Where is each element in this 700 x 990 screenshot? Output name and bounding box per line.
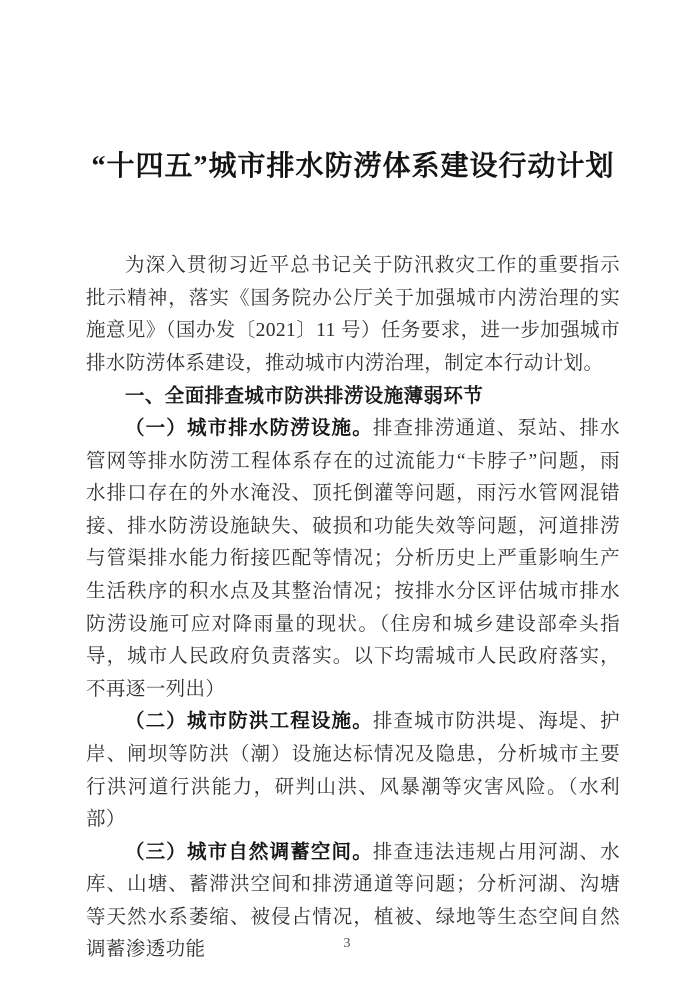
intro-paragraph: 为深入贯彻习近平总书记关于防汛救灾工作的重要指示批示精神，落实《国务院办公厅关于… [86,250,620,380]
page-number: 3 [0,936,694,952]
section-heading-1: 一、全面排查城市防洪排涝设施薄弱环节 [86,380,620,413]
document-title: “十四五”城市排水防涝体系建设行动计划 [86,146,620,188]
item-1-body: 排查排涝通道、泵站、排水管网等排水防涝工程体系存在的过流能力“卡脖子”问题，雨水… [86,418,620,700]
document-body: 为深入贯彻习近平总书记关于防汛救灾工作的重要指示批示精神，落实《国务院办公厅关于… [86,250,620,967]
item-3-lead: （三）城市自然调蓄空间。 [125,842,373,863]
item-paragraph-1: （一）城市排水防涝设施。排查排涝通道、泵站、排水管网等排水防涝工程体系存在的过流… [86,413,620,706]
item-2-lead: （二）城市防洪工程设施。 [125,711,373,732]
document-page: “十四五”城市排水防涝体系建设行动计划 为深入贯彻习近平总书记关于防汛救灾工作的… [0,0,700,990]
item-1-lead: （一）城市排水防涝设施。 [125,418,373,439]
item-paragraph-2: （二）城市防洪工程设施。排查城市防洪堤、海堤、护岸、闸坝等防洪（潮）设施达标情况… [86,706,620,836]
